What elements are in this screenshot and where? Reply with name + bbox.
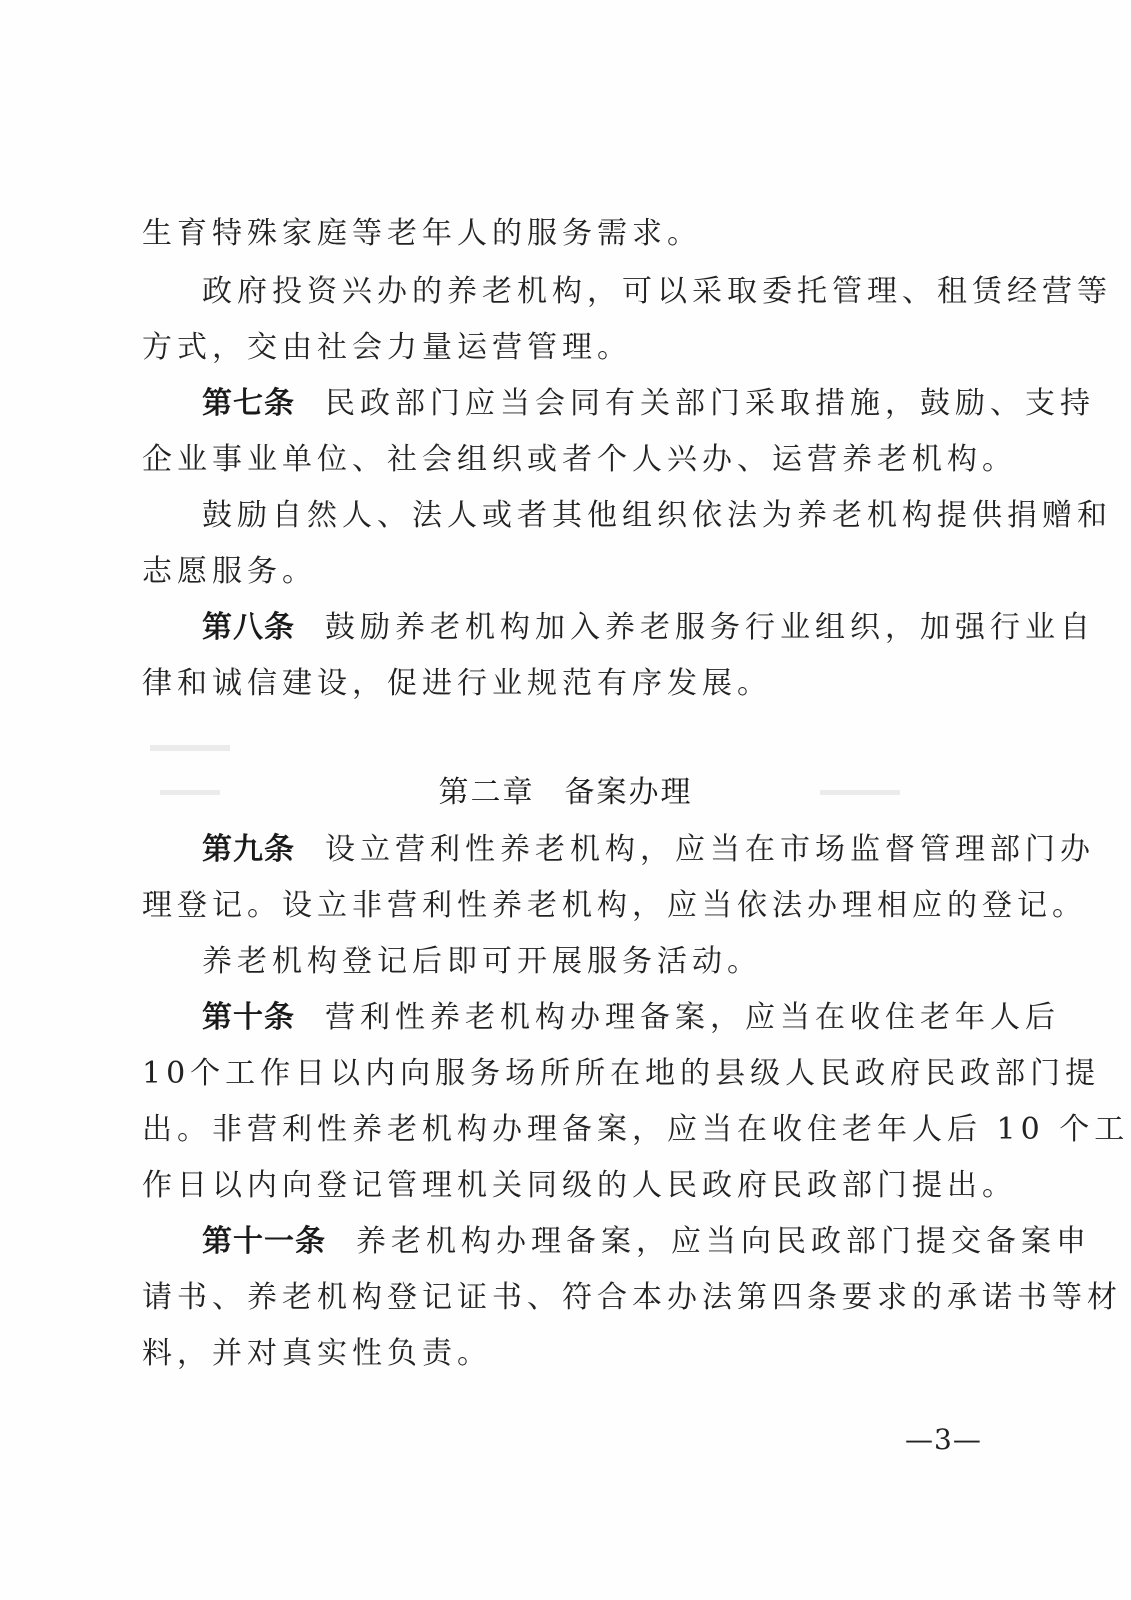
paragraph-line: 料，并对真实性负责。 xyxy=(142,1334,972,1374)
page-number: —3— xyxy=(905,1422,982,1458)
chapter-title: 备案办理 xyxy=(565,775,693,810)
article-number: 第十条 xyxy=(202,1000,295,1035)
article-text: 养老机构办理备案，应当向民政部门提交备案申 xyxy=(356,1224,1091,1259)
paragraph-line: 律和诚信建设，促进行业规范有序发展。 xyxy=(142,664,972,704)
document-page: 生育特殊家庭等老年人的服务需求。 政府投资兴办的养老机构，可以采取委托管理、租赁… xyxy=(0,0,1131,1600)
paragraph-line: 出。非营利性养老机构办理备案，应当在收住老年人后 10 个工 xyxy=(142,1110,972,1150)
article-number: 第八条 xyxy=(202,610,295,645)
paragraph-line: 志愿服务。 xyxy=(142,552,972,592)
paragraph-line: 企业事业单位、社会组织或者个人兴办、运营养老机构。 xyxy=(142,440,972,480)
article-7-line: 第七条民政部门应当会同有关部门采取措施，鼓励、支持 xyxy=(202,384,972,424)
paragraph-line: 请书、养老机构登记证书、符合本办法第四条要求的承诺书等材 xyxy=(142,1278,972,1318)
article-11-line: 第十一条养老机构办理备案，应当向民政部门提交备案申 xyxy=(202,1222,972,1262)
paragraph-line: 10个工作日以内向服务场所所在地的县级人民政府民政部门提 xyxy=(142,1054,972,1094)
chapter-heading: 第二章备案办理 xyxy=(0,773,1131,813)
article-text: 民政部门应当会同有关部门采取措施，鼓励、支持 xyxy=(325,386,1095,421)
paragraph-line: 养老机构登记后即可开展服务活动。 xyxy=(202,942,972,982)
article-number: 第七条 xyxy=(202,386,295,421)
paragraph-line: 鼓励自然人、法人或者其他组织依法为养老机构提供捐赠和 xyxy=(202,496,972,536)
article-text: 营利性养老机构办理备案，应当在收住老年人后 xyxy=(325,1000,1060,1035)
article-number: 第九条 xyxy=(202,832,295,867)
paragraph-line: 生育特殊家庭等老年人的服务需求。 xyxy=(142,214,972,254)
paragraph-line: 政府投资兴办的养老机构，可以采取委托管理、租赁经营等 xyxy=(202,272,972,312)
article-9-line: 第九条设立营利性养老机构，应当在市场监督管理部门办 xyxy=(202,830,972,870)
article-8-line: 第八条鼓励养老机构加入养老服务行业组织，加强行业自 xyxy=(202,608,972,648)
article-number: 第十一条 xyxy=(202,1224,326,1259)
paragraph-line: 方式，交由社会力量运营管理。 xyxy=(142,328,972,368)
paragraph-line: 理登记。设立非营利性养老机构，应当依法办理相应的登记。 xyxy=(142,886,972,926)
article-text: 鼓励养老机构加入养老服务行业组织，加强行业自 xyxy=(325,610,1095,645)
chapter-number: 第二章 xyxy=(439,775,535,810)
paragraph-line: 作日以内向登记管理机关同级的人民政府民政部门提出。 xyxy=(142,1166,972,1206)
article-text: 设立营利性养老机构，应当在市场监督管理部门办 xyxy=(325,832,1095,867)
scan-artifact xyxy=(150,745,230,751)
article-10-line: 第十条营利性养老机构办理备案，应当在收住老年人后 xyxy=(202,998,972,1038)
